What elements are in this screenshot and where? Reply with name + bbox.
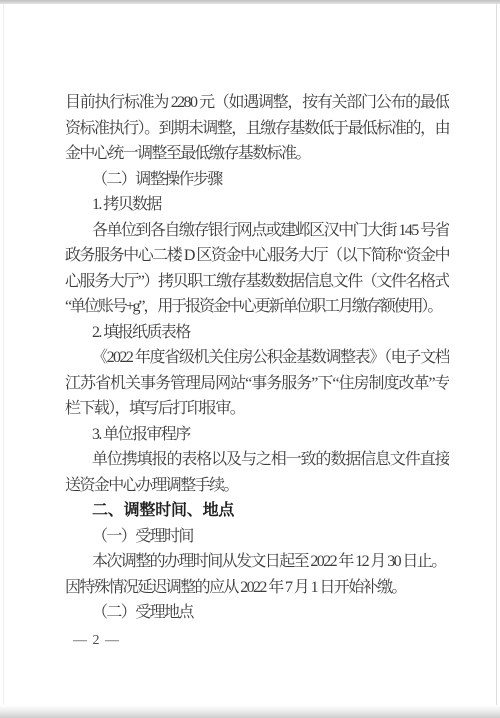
text-line: 目前执行标准为 2280 元（如遇调整，按有关部门公布的最低工	[65, 90, 449, 116]
text-line: 单位携填报的表格以及与之相一致的数据信息文件直接报	[65, 447, 449, 473]
text-line: 江苏省机关事务管理局网站“事务服务”下“住房制度改革”专	[65, 371, 449, 397]
text-line: 政务服务中心二楼 D 区资金中心服务大厅（以下简称“资金中	[65, 243, 449, 269]
subsection-heading: （二）调整操作步骤	[65, 167, 449, 193]
document-page: 目前执行标准为 2280 元（如遇调整，按有关部门公布的最低工 资标准执行）。到…	[0, 0, 500, 718]
text-line: “单位账号+g”，用于报资金中心更新单位职工月缴存额使用）。	[65, 294, 449, 320]
text-line: 本次调整的办理时间从发文日起至 2022 年 12 月 30 日止。	[65, 549, 449, 575]
text-line: 心服务大厅”）拷贝职工缴存基数数据信息文件（文件名格式为	[65, 269, 449, 295]
page-bottom-edge	[0, 705, 500, 718]
document-body: 目前执行标准为 2280 元（如遇调整，按有关部门公布的最低工 资标准执行）。到…	[65, 90, 449, 626]
text-line: 因特殊情况延迟调整的应从 2022 年 7 月 1 日开始补缴。	[65, 575, 449, 601]
text-line: 金中心统一调整至最低缴存基数标准。	[65, 141, 449, 167]
text-line: 《2022 年度省级机关住房公积金基数调整表》（电子文档在	[65, 345, 449, 371]
subsection-heading: （一）受理时间	[65, 524, 449, 550]
page-number: — 2 —	[73, 633, 120, 649]
step-heading: 2. 填报纸质表格	[65, 320, 449, 346]
text-line: 栏下载），填写后打印报审。	[65, 396, 449, 422]
section-heading: 二、调整时间、地点	[65, 498, 449, 524]
step-heading: 3. 单位报审程序	[65, 422, 449, 448]
page-left-edge	[3, 4, 4, 705]
text-line: 各单位到各自缴存银行网点或建邺区汉中门大街 145 号省	[65, 218, 449, 244]
subsection-heading: （二）受理地点	[65, 600, 449, 626]
page-top-edge	[0, 0, 500, 4]
text-line: 送资金中心办理调整手续。	[65, 473, 449, 499]
text-line: 资标准执行）。到期未调整，且缴存基数低于最低标准的，由资	[65, 116, 449, 142]
page-right-edge	[496, 4, 497, 705]
step-heading: 1. 拷贝数据	[65, 192, 449, 218]
